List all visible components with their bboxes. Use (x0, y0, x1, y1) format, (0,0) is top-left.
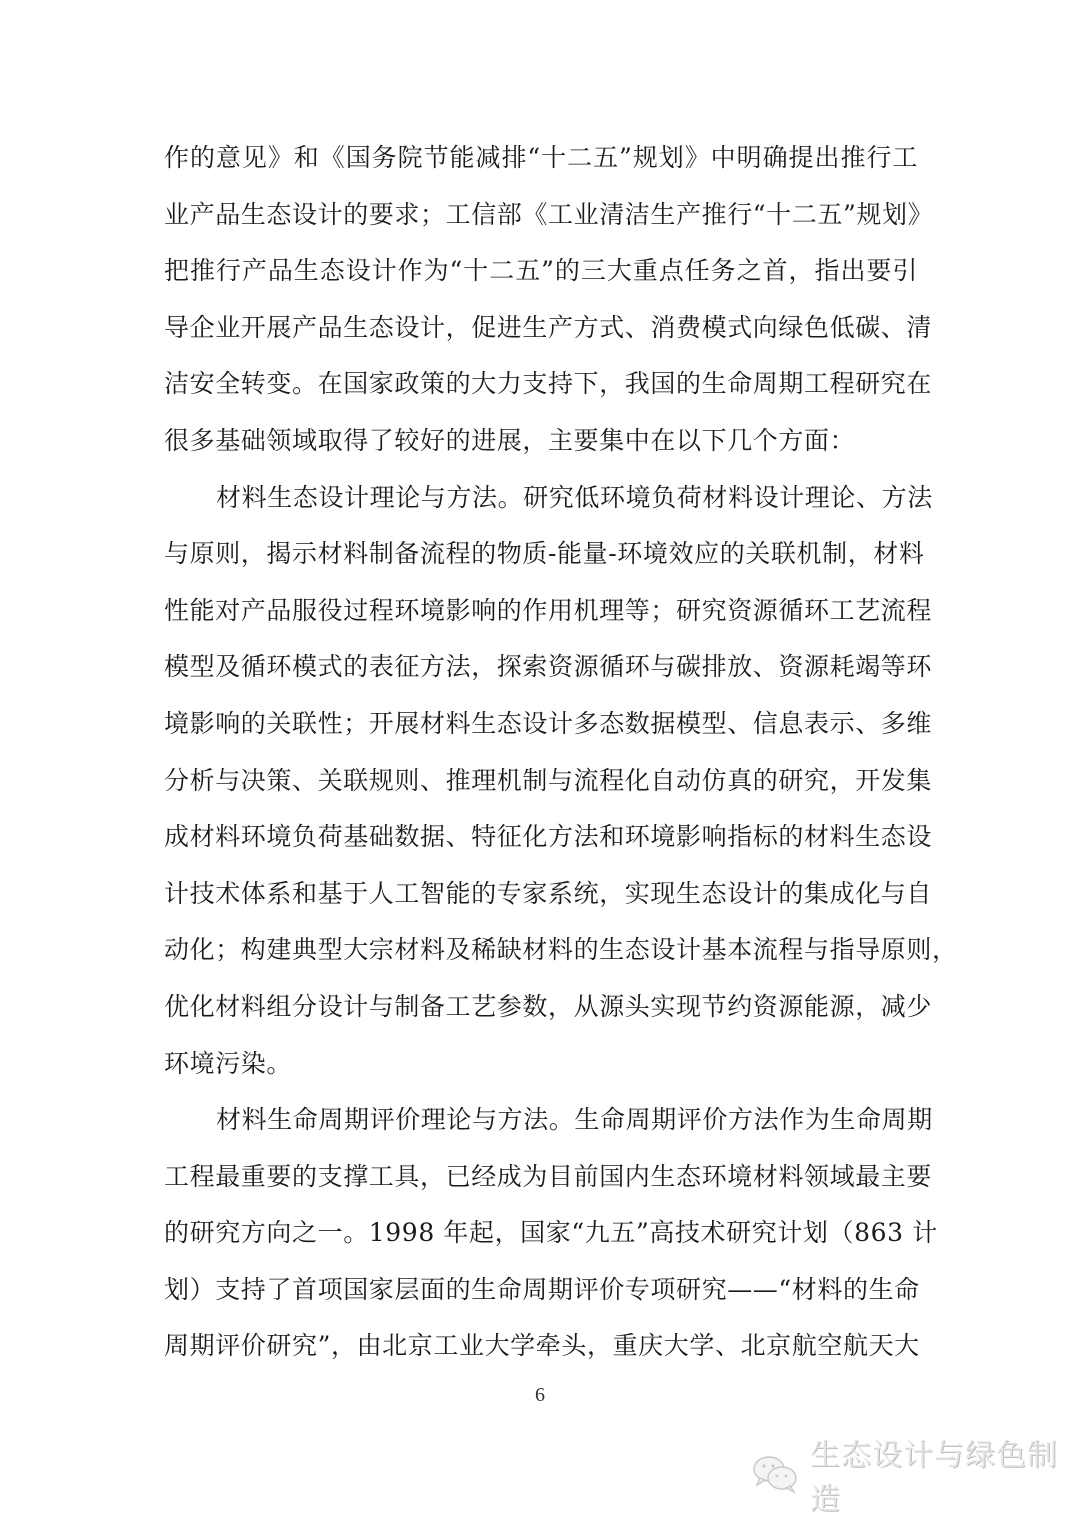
text-line: 划）支持了首项国家层面的生命周期评价专项研究——“材料的生命 (164, 1262, 918, 1319)
text-line: 与原则，揭示材料制备流程的物质-能量-环境效应的关联机制，材料 (164, 526, 918, 583)
text-line: 优化材料组分设计与制备工艺参数，从源头实现节约资源能源，减少 (164, 979, 918, 1036)
text-line: 成材料环境负荷基础数据、特征化方法和环境影响指标的材料生态设 (164, 809, 918, 866)
text-line: 境影响的关联性；开展材料生态设计多态数据模型、信息表示、多维 (164, 696, 918, 753)
paragraph-3: 材料生命周期评价理论与方法。生命周期评价方法作为生命周期 工程最重要的支撑工具，… (164, 1092, 918, 1375)
text-line: 模型及循环模式的表征方法，探索资源循环与碳排放、资源耗竭等环 (164, 639, 918, 696)
text-line: 周期评价研究”，由北京工业大学牵头，重庆大学、北京航空航天大 (164, 1318, 918, 1375)
text-line: 业产品生态设计的要求；工信部《工业清洁生产推行“十二五”规划》 (164, 187, 918, 244)
text-line: 作的意见》和《国务院节能减排“十二五”规划》中明确提出推行工 (164, 130, 918, 187)
text-line: 环境污染。 (164, 1036, 918, 1093)
body-text: 作的意见》和《国务院节能减排“十二五”规划》中明确提出推行工 业产品生态设计的要… (164, 130, 918, 1375)
text-line: 计技术体系和基于人工智能的专家系统，实现生态设计的集成化与自 (164, 866, 918, 923)
text-line: 材料生态设计理论与方法。研究低环境负荷材料设计理论、方法 (164, 470, 918, 527)
text-line: 导企业开展产品生态设计，促进生产方式、消费模式向绿色低碳、清 (164, 300, 918, 357)
text-line: 性能对产品服役过程环境影响的作用机理等；研究资源循环工艺流程 (164, 583, 918, 640)
watermark-text: 生态设计与绿色制造 (810, 1430, 1080, 1518)
text-line: 把推行产品生态设计作为“十二五”的三大重点任务之首，指出要引 (164, 243, 918, 300)
paragraph-2: 材料生态设计理论与方法。研究低环境负荷材料设计理论、方法 与原则，揭示材料制备流… (164, 470, 918, 1093)
text-line: 的研究方向之一。1998 年起，国家“九五”高技术研究计划（863 计 (164, 1205, 918, 1262)
paragraph-1: 作的意见》和《国务院节能减排“十二五”规划》中明确提出推行工 业产品生态设计的要… (164, 130, 918, 470)
text-line: 材料生命周期评价理论与方法。生命周期评价方法作为生命周期 (164, 1092, 918, 1149)
document-page: 作的意见》和《国务院节能减排“十二五”规划》中明确提出推行工 业产品生态设计的要… (0, 0, 1080, 1526)
wechat-icon (752, 1454, 800, 1494)
text-line: 洁安全转变。在国家政策的大力支持下，我国的生命周期工程研究在 (164, 356, 918, 413)
text-line: 动化；构建典型大宗材料及稀缺材料的生态设计基本流程与指导原则， (164, 922, 918, 979)
text-line: 分析与决策、关联规则、推理机制与流程化自动仿真的研究，开发集 (164, 753, 918, 810)
page-number: 6 (0, 1384, 1080, 1407)
text-line: 很多基础领域取得了较好的进展，主要集中在以下几个方面： (164, 413, 918, 470)
watermark: 生态设计与绿色制造 (752, 1452, 1080, 1496)
text-line: 工程最重要的支撑工具，已经成为目前国内生态环境材料领域最主要 (164, 1149, 918, 1206)
